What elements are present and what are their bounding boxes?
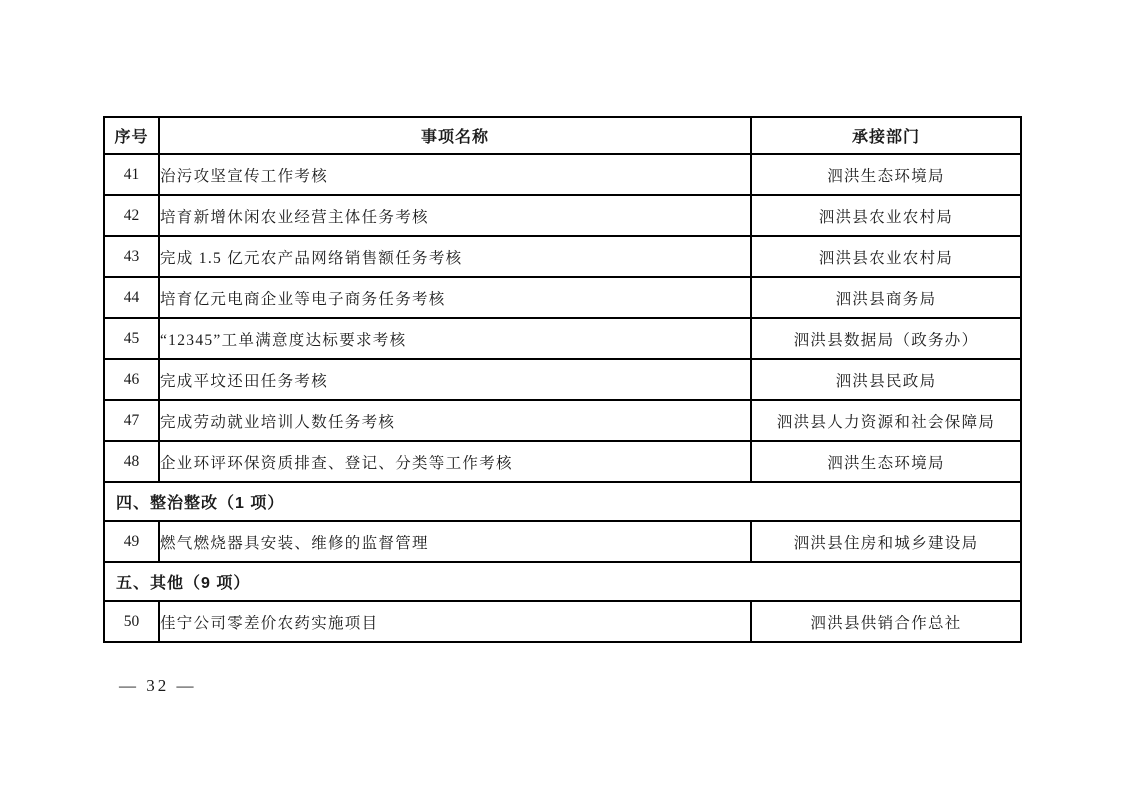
cell-no: 47 [104,400,159,441]
items-table: 序号 事项名称 承接部门 41治污攻坚宣传工作考核泗洪生态环境局42培育新增休闲… [103,116,1022,643]
cell-name: “12345”工单满意度达标要求考核 [159,318,751,359]
cell-no: 44 [104,277,159,318]
table-row: 48企业环评环保资质排查、登记、分类等工作考核泗洪生态环境局 [104,441,1021,482]
cell-dept: 泗洪县农业农村局 [751,236,1021,277]
cell-name: 完成 1.5 亿元农产品网络销售额任务考核 [159,236,751,277]
table-row: 42培育新增休闲农业经营主体任务考核泗洪县农业农村局 [104,195,1021,236]
cell-dept: 泗洪县民政局 [751,359,1021,400]
cell-name: 企业环评环保资质排查、登记、分类等工作考核 [159,441,751,482]
cell-name: 治污攻坚宣传工作考核 [159,154,751,195]
cell-no: 48 [104,441,159,482]
cell-no: 41 [104,154,159,195]
table-row: 50佳宁公司零差价农药实施项目泗洪县供销合作总社 [104,601,1021,642]
section-label: 四、整治整改（1 项） [104,482,1021,521]
page-number: — 32 — [119,676,197,696]
cell-name: 燃气燃烧器具安装、维修的监督管理 [159,521,751,562]
cell-dept: 泗洪县农业农村局 [751,195,1021,236]
section-row: 四、整治整改（1 项） [104,482,1021,521]
table-header-row: 序号 事项名称 承接部门 [104,117,1021,154]
table-row: 46完成平坟还田任务考核泗洪县民政局 [104,359,1021,400]
cell-dept: 泗洪生态环境局 [751,441,1021,482]
cell-name: 完成劳动就业培训人数任务考核 [159,400,751,441]
table-row: 47完成劳动就业培训人数任务考核泗洪县人力资源和社会保障局 [104,400,1021,441]
cell-no: 49 [104,521,159,562]
cell-no: 42 [104,195,159,236]
cell-no: 50 [104,601,159,642]
table-row: 44培育亿元电商企业等电子商务任务考核泗洪县商务局 [104,277,1021,318]
table-body: 41治污攻坚宣传工作考核泗洪生态环境局42培育新增休闲农业经营主体任务考核泗洪县… [104,154,1021,642]
section-label: 五、其他（9 项） [104,562,1021,601]
column-header-name: 事项名称 [159,117,751,154]
cell-name: 完成平坟还田任务考核 [159,359,751,400]
column-header-no: 序号 [104,117,159,154]
cell-dept: 泗洪县住房和城乡建设局 [751,521,1021,562]
cell-dept: 泗洪县商务局 [751,277,1021,318]
cell-no: 46 [104,359,159,400]
table-row: 45“12345”工单满意度达标要求考核泗洪县数据局（政务办） [104,318,1021,359]
table-row: 43完成 1.5 亿元农产品网络销售额任务考核泗洪县农业农村局 [104,236,1021,277]
table-row: 41治污攻坚宣传工作考核泗洪生态环境局 [104,154,1021,195]
table-row: 49燃气燃烧器具安装、维修的监督管理泗洪县住房和城乡建设局 [104,521,1021,562]
section-row: 五、其他（9 项） [104,562,1021,601]
cell-dept: 泗洪县数据局（政务办） [751,318,1021,359]
cell-dept: 泗洪生态环境局 [751,154,1021,195]
cell-name: 培育新增休闲农业经营主体任务考核 [159,195,751,236]
cell-dept: 泗洪县供销合作总社 [751,601,1021,642]
cell-no: 43 [104,236,159,277]
column-header-dept: 承接部门 [751,117,1021,154]
cell-no: 45 [104,318,159,359]
document-page: 序号 事项名称 承接部门 41治污攻坚宣传工作考核泗洪生态环境局42培育新增休闲… [0,0,1122,793]
cell-dept: 泗洪县人力资源和社会保障局 [751,400,1021,441]
cell-name: 佳宁公司零差价农药实施项目 [159,601,751,642]
cell-name: 培育亿元电商企业等电子商务任务考核 [159,277,751,318]
